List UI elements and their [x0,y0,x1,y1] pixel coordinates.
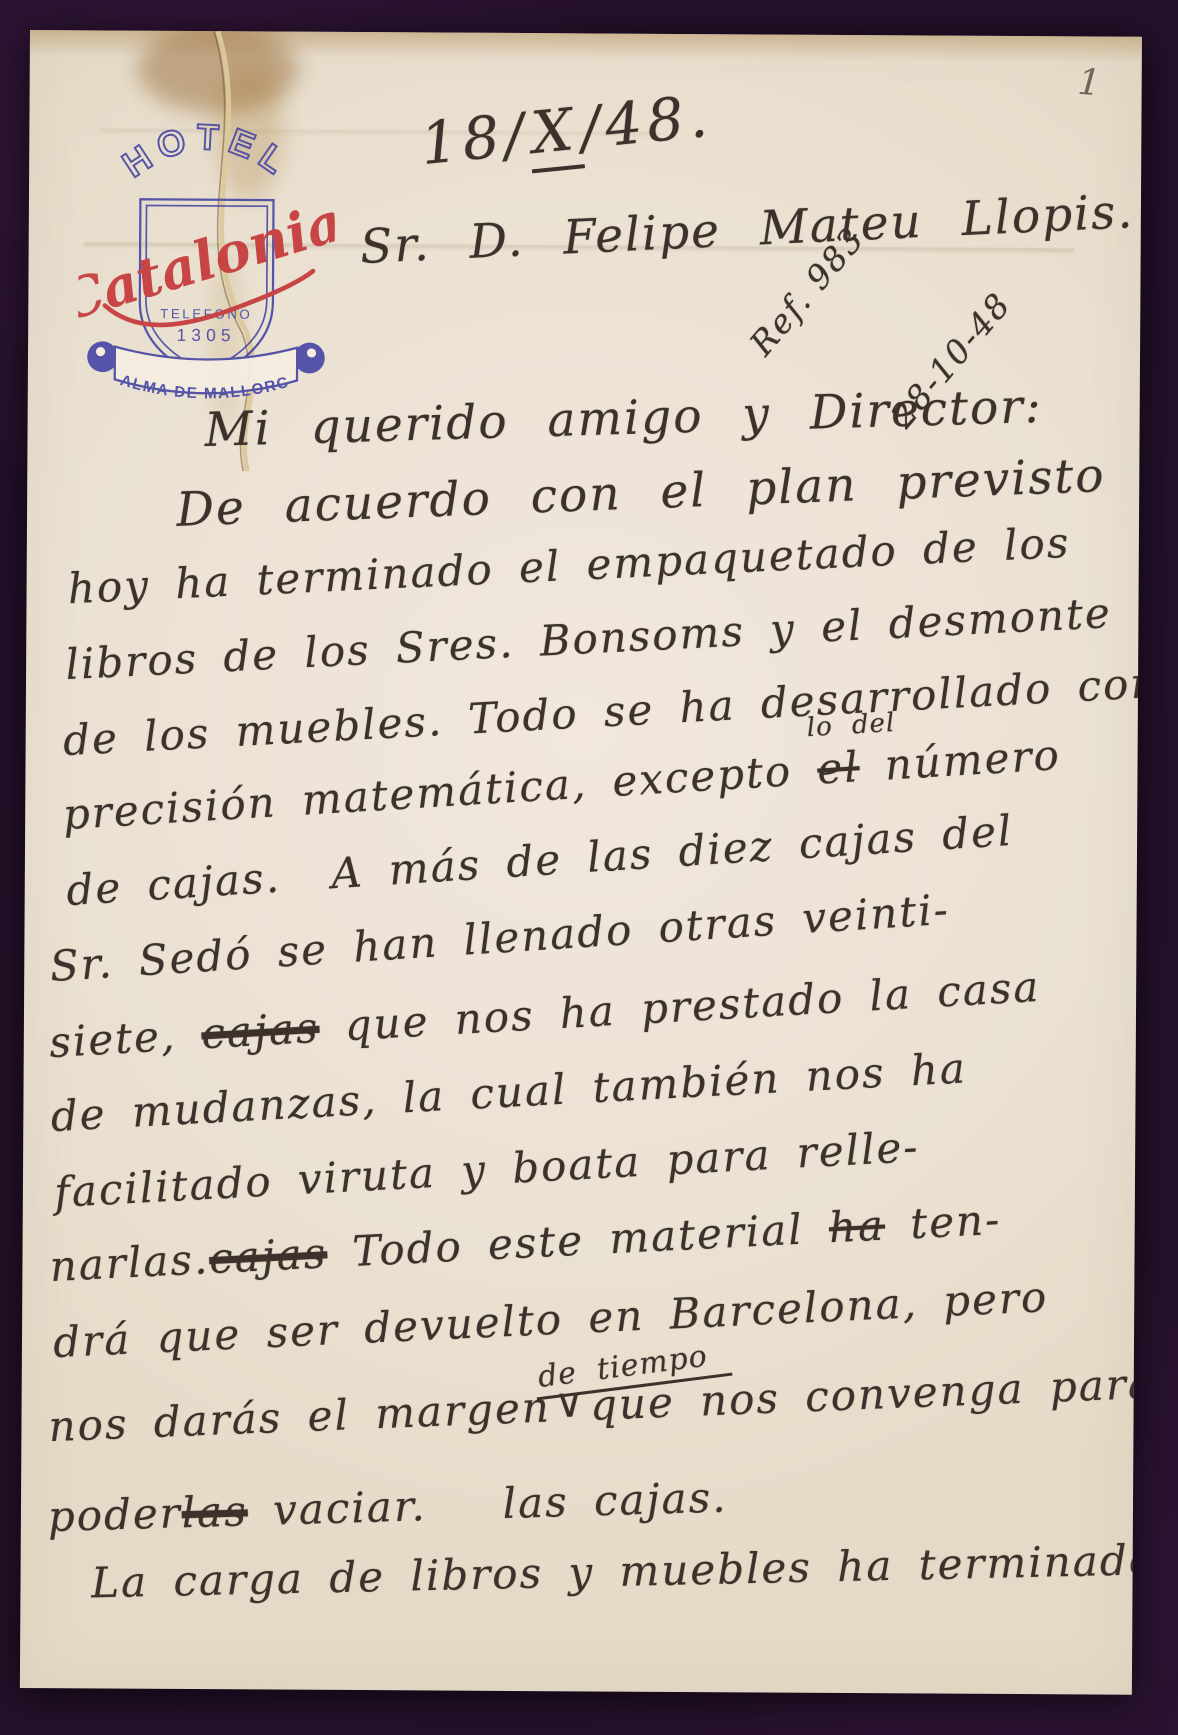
struck-word: ello del [816,742,861,793]
body-text: siete, [48,1009,203,1067]
date-day: 18/ [418,100,533,178]
body-text: poder [47,1488,182,1541]
body-line-with-insertion: nos darás el margende tiempo∨que nos con… [48,1359,1142,1451]
page-number: 1 [1076,62,1102,105]
scan-background: HOTEL TELEFONO 1305 PALMA DE MALLORCA Ca… [0,0,1178,1735]
logo-hotel-arc: HOTEL [115,116,299,186]
body-line: facilitado viruta y boata para relle- [53,1122,921,1217]
letter-paper: HOTEL TELEFONO 1305 PALMA DE MALLORCA Ca… [20,30,1142,1695]
body-line-with-correction: poderlas vaciar. las cajas. [47,1473,728,1542]
body-line: La carga de libros y muebles ha terminad… [91,1533,1142,1607]
body-text: Todo este material [326,1203,830,1277]
date-line: 18/X/48. [418,82,716,178]
hotel-letterhead-logo: HOTEL TELEFONO 1305 PALMA DE MALLORCA Ca… [78,88,336,428]
body-text: nos darás el margen [48,1382,552,1451]
body-line: drá que ser devuelto en Barcelona, pero [52,1272,1049,1367]
logo-hotel-text: HOTEL [115,116,299,186]
inserted-correction: lo del [806,708,896,743]
body-text: narlas. [49,1234,211,1291]
body-text: número [858,730,1062,791]
body-text: ten- [884,1195,1003,1250]
struck-word: ha [828,1201,886,1253]
ribbon-left-roll-core [96,347,105,356]
struck-word: cajas [208,1228,328,1283]
body-text: que nos ha prestado la casa [318,962,1042,1052]
struck-word: las [181,1486,248,1537]
ribbon-right-roll-core [307,348,316,357]
struck-text: el [816,742,861,793]
ribbon-right-roll [294,343,325,374]
ribbon-left-roll [87,341,118,372]
date-month: X [525,95,584,174]
struck-word: cajas [200,1003,321,1059]
date-year: /48. [577,82,715,163]
logo-phone-number: 1305 [176,325,235,345]
body-text: vaciar. las cajas. [247,1473,728,1536]
paper-top-shadow [30,30,1142,63]
insertion-caret-mark: ∨ [554,1380,587,1427]
